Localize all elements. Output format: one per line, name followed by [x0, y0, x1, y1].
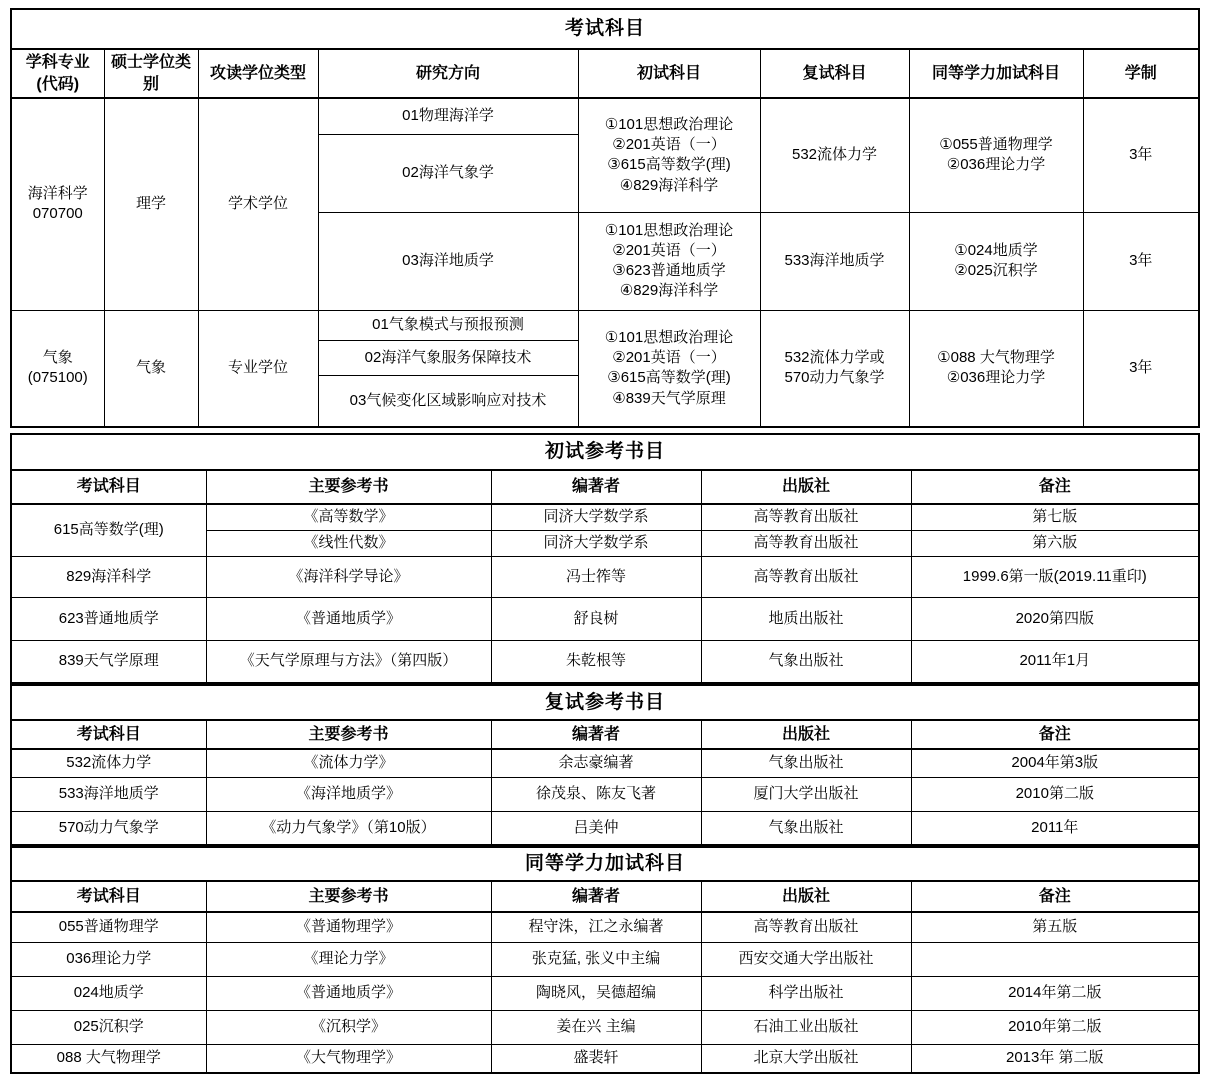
col-header-major: 学科专业(代码)	[11, 49, 104, 98]
subject-cell: 532流体力学	[11, 749, 206, 777]
book-cell: 《大气物理学》	[206, 1044, 491, 1073]
author-cell: 徐茂泉、陈友飞著	[491, 777, 701, 811]
note-cell: 第五版	[911, 912, 1199, 942]
book-cell: 《普通地质学》	[206, 976, 491, 1010]
subject-cell: 839天气学原理	[11, 640, 206, 683]
subject-cell: 533海洋地质学	[11, 777, 206, 811]
section-title-retest-ref: 复试参考书目	[11, 685, 1199, 720]
additional-ref-table: 同等学力加试科目 考试科目 主要参考书 编著者 出版社 备注 055普通物理学 …	[10, 846, 1200, 1074]
note-cell: 2010年第二版	[911, 1010, 1199, 1044]
initial-ref-table: 初试参考书目 考试科目 主要参考书 编著者 出版社 备注 615高等数学(理) …	[10, 433, 1200, 684]
author-cell: 吕美仲	[491, 811, 701, 845]
table-row: 海洋科学 070700 理学 学术学位 01物理海洋学 ①101思想政治理论 ②…	[11, 98, 1199, 134]
direction-cell: 01物理海洋学	[318, 98, 578, 134]
book-cell: 《海洋科学导论》	[206, 556, 491, 597]
ref-col-header-book: 主要参考书	[206, 881, 491, 912]
ref-col-header-author: 编著者	[491, 881, 701, 912]
initial-exam-cell: ①101思想政治理论 ②201英语（一） ③615高等数学(理) ④839天气学…	[578, 310, 760, 427]
initial-exam-cell: ①101思想政治理论 ②201英语（一） ③623普通地质学 ④829海洋科学	[578, 212, 760, 310]
table-row: 532流体力学 《流体力学》 余志豪编著 气象出版社 2004年第3版	[11, 749, 1199, 777]
ref-col-header-book: 主要参考书	[206, 720, 491, 749]
degree-type-cell: 专业学位	[198, 310, 318, 427]
publisher-cell: 高等教育出版社	[701, 530, 911, 556]
duration-cell: 3年	[1083, 310, 1199, 427]
initial-exam-cell: ①101思想政治理论 ②201英语（一） ③615高等数学(理) ④829海洋科…	[578, 98, 760, 212]
book-cell: 《高等数学》	[206, 504, 491, 530]
author-cell: 冯士筰等	[491, 556, 701, 597]
book-cell: 《流体力学》	[206, 749, 491, 777]
subject-cell: 615高等数学(理)	[11, 504, 206, 556]
degree-category-cell: 气象	[104, 310, 198, 427]
note-cell: 2011年1月	[911, 640, 1199, 683]
publisher-cell: 高等教育出版社	[701, 504, 911, 530]
publisher-cell: 气象出版社	[701, 811, 911, 845]
author-cell: 程守洙，江之永编著	[491, 912, 701, 942]
direction-cell: 01气象模式与预报预测	[318, 310, 578, 340]
book-cell: 《沉积学》	[206, 1010, 491, 1044]
table-row: 829海洋科学 《海洋科学导论》 冯士筰等 高等教育出版社 1999.6第一版(…	[11, 556, 1199, 597]
author-cell: 盛裴轩	[491, 1044, 701, 1073]
note-cell: 2013年 第二版	[911, 1044, 1199, 1073]
ref-col-header-subject: 考试科目	[11, 720, 206, 749]
author-cell: 余志豪编著	[491, 749, 701, 777]
subject-cell: 024地质学	[11, 976, 206, 1010]
ref-col-header-subject: 考试科目	[11, 881, 206, 912]
retest-ref-table: 复试参考书目 考试科目 主要参考书 编著者 出版社 备注 532流体力学 《流体…	[10, 684, 1200, 846]
note-cell: 第六版	[911, 530, 1199, 556]
publisher-cell: 地质出版社	[701, 597, 911, 640]
retest-cell: 533海洋地质学	[760, 212, 909, 310]
note-cell	[911, 942, 1199, 976]
subject-cell: 829海洋科学	[11, 556, 206, 597]
publisher-cell: 科学出版社	[701, 976, 911, 1010]
note-cell: 2004年第3版	[911, 749, 1199, 777]
degree-category-cell: 理学	[104, 98, 198, 310]
note-cell: 2011年	[911, 811, 1199, 845]
table-row: 570动力气象学 《动力气象学》（第10版） 吕美仲 气象出版社 2011年	[11, 811, 1199, 845]
book-cell: 《海洋地质学》	[206, 777, 491, 811]
author-cell: 舒良树	[491, 597, 701, 640]
book-cell: 《天气学原理与方法》（第四版）	[206, 640, 491, 683]
book-cell: 《普通物理学》	[206, 912, 491, 942]
ref-col-header-publisher: 出版社	[701, 470, 911, 504]
publisher-cell: 高等教育出版社	[701, 556, 911, 597]
table-row: 气象 (075100) 气象 专业学位 01气象模式与预报预测 ①101思想政治…	[11, 310, 1199, 340]
table-row: 839天气学原理 《天气学原理与方法》（第四版） 朱乾根等 气象出版社 2011…	[11, 640, 1199, 683]
duration-cell: 3年	[1083, 212, 1199, 310]
direction-cell: 02海洋气象学	[318, 134, 578, 212]
col-header-retest: 复试科目	[760, 49, 909, 98]
ref-col-header-author: 编著者	[491, 720, 701, 749]
book-cell: 《理论力学》	[206, 942, 491, 976]
author-cell: 朱乾根等	[491, 640, 701, 683]
duration-cell: 3年	[1083, 98, 1199, 212]
direction-cell: 03海洋地质学	[318, 212, 578, 310]
major-cell: 气象 (075100)	[11, 310, 104, 427]
subject-cell: 055普通物理学	[11, 912, 206, 942]
section-title-initial-ref: 初试参考书目	[11, 434, 1199, 470]
note-cell: 2014年第二版	[911, 976, 1199, 1010]
additional-test-cell: ①024地质学 ②025沉积学	[909, 212, 1083, 310]
major-cell: 海洋科学 070700	[11, 98, 104, 310]
col-header-research-direction: 研究方向	[318, 49, 578, 98]
author-cell: 陶晓风，吴德超编	[491, 976, 701, 1010]
table-row: 088 大气物理学 《大气物理学》 盛裴轩 北京大学出版社 2013年 第二版	[11, 1044, 1199, 1073]
exam-subjects-table: 考试科目 学科专业(代码) 硕士学位类别 攻读学位类型 研究方向 初试科目 复试…	[10, 8, 1200, 428]
note-cell: 1999.6第一版(2019.11重印)	[911, 556, 1199, 597]
author-cell: 同济大学数学系	[491, 504, 701, 530]
ref-col-header-note: 备注	[911, 720, 1199, 749]
table-row: 024地质学 《普通地质学》 陶晓风，吴德超编 科学出版社 2014年第二版	[11, 976, 1199, 1010]
col-header-additional-test: 同等学力加试科目	[909, 49, 1083, 98]
retest-cell: 532流体力学	[760, 98, 909, 212]
subject-cell: 088 大气物理学	[11, 1044, 206, 1073]
document-page: 考试科目 学科专业(代码) 硕士学位类别 攻读学位类型 研究方向 初试科目 复试…	[10, 0, 1198, 1074]
col-header-duration: 学制	[1083, 49, 1199, 98]
publisher-cell: 厦门大学出版社	[701, 777, 911, 811]
retest-cell: 532流体力学或 570动力气象学	[760, 310, 909, 427]
note-cell: 第七版	[911, 504, 1199, 530]
publisher-cell: 气象出版社	[701, 749, 911, 777]
col-header-degree-category: 硕士学位类别	[104, 49, 198, 98]
author-cell: 同济大学数学系	[491, 530, 701, 556]
book-cell: 《线性代数》	[206, 530, 491, 556]
subject-cell: 025沉积学	[11, 1010, 206, 1044]
col-header-initial-exam: 初试科目	[578, 49, 760, 98]
exam-table-title: 考试科目	[11, 9, 1199, 49]
table-row: 025沉积学 《沉积学》 姜在兴 主编 石油工业出版社 2010年第二版	[11, 1010, 1199, 1044]
ref-col-header-subject: 考试科目	[11, 470, 206, 504]
book-cell: 《动力气象学》（第10版）	[206, 811, 491, 845]
additional-test-cell: ①055普通物理学 ②036理论力学	[909, 98, 1083, 212]
subject-cell: 036理论力学	[11, 942, 206, 976]
ref-col-header-book: 主要参考书	[206, 470, 491, 504]
direction-cell: 03气候变化区域影响应对技术	[318, 375, 578, 427]
ref-col-header-publisher: 出版社	[701, 881, 911, 912]
additional-test-cell: ①088 大气物理学 ②036理论力学	[909, 310, 1083, 427]
note-cell: 2020第四版	[911, 597, 1199, 640]
ref-col-header-note: 备注	[911, 470, 1199, 504]
direction-cell: 02海洋气象服务保障技术	[318, 340, 578, 375]
publisher-cell: 气象出版社	[701, 640, 911, 683]
subject-cell: 570动力气象学	[11, 811, 206, 845]
table-row: 036理论力学 《理论力学》 张克猛, 张义中主编 西安交通大学出版社	[11, 942, 1199, 976]
note-cell: 2010第二版	[911, 777, 1199, 811]
table-row: 623普通地质学 《普通地质学》 舒良树 地质出版社 2020第四版	[11, 597, 1199, 640]
book-cell: 《普通地质学》	[206, 597, 491, 640]
degree-type-cell: 学术学位	[198, 98, 318, 310]
table-row: 533海洋地质学 《海洋地质学》 徐茂泉、陈友飞著 厦门大学出版社 2010第二…	[11, 777, 1199, 811]
author-cell: 张克猛, 张义中主编	[491, 942, 701, 976]
ref-col-header-publisher: 出版社	[701, 720, 911, 749]
publisher-cell: 石油工业出版社	[701, 1010, 911, 1044]
table-row: 055普通物理学 《普通物理学》 程守洙，江之永编著 高等教育出版社 第五版	[11, 912, 1199, 942]
subject-cell: 623普通地质学	[11, 597, 206, 640]
col-header-degree-type: 攻读学位类型	[198, 49, 318, 98]
publisher-cell: 西安交通大学出版社	[701, 942, 911, 976]
section-title-additional-ref: 同等学力加试科目	[11, 847, 1199, 881]
author-cell: 姜在兴 主编	[491, 1010, 701, 1044]
ref-col-header-note: 备注	[911, 881, 1199, 912]
publisher-cell: 北京大学出版社	[701, 1044, 911, 1073]
table-row: 615高等数学(理) 《高等数学》 同济大学数学系 高等教育出版社 第七版	[11, 504, 1199, 530]
ref-col-header-author: 编著者	[491, 470, 701, 504]
publisher-cell: 高等教育出版社	[701, 912, 911, 942]
